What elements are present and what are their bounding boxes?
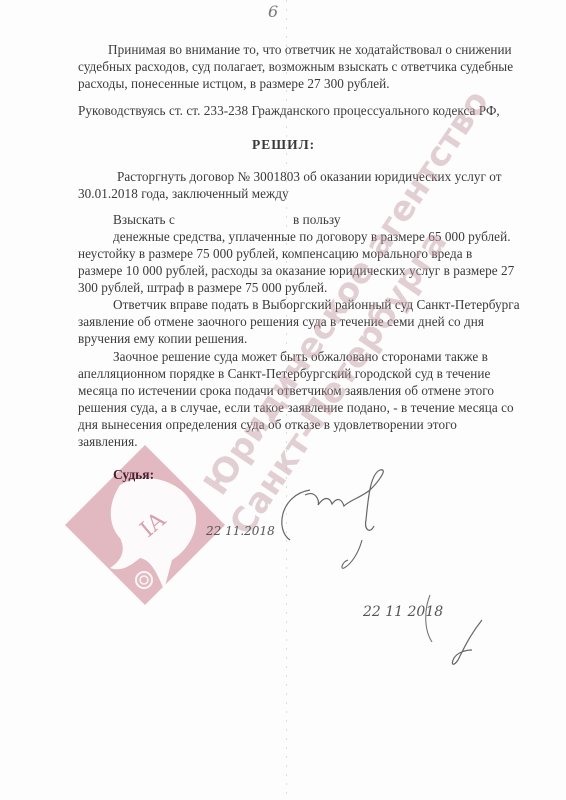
paragraph-cancel-line-3: вручения ему копии решения. <box>78 330 247 347</box>
decision-heading: РЕШИЛ: <box>252 137 315 153</box>
paragraph-costs-line-1: Принимая во внимание то, что ответчик не… <box>108 41 512 58</box>
page-number-mark: 6 <box>268 2 278 21</box>
certification-signature <box>420 590 500 670</box>
paragraph-terminate-line-1: Расторгнуть договор № 3001803 об оказани… <box>117 168 502 185</box>
handwritten-date-1: 22 11.2018 <box>206 524 275 538</box>
paragraph-appeal-line-5: дня вынесения определения суда об отказе… <box>78 416 457 433</box>
paragraph-costs-line-3: расходы, понесенные истцом, в размере 27… <box>78 75 390 92</box>
paragraph-appeal-line-3: месяца по истечении срока подачи ответчи… <box>78 382 494 399</box>
paragraph-appeal-line-2: апелляционном порядке в Санкт-Петербургс… <box>78 365 490 382</box>
paragraph-recover-line-4: размере 10 000 рублей, расходы за оказан… <box>78 262 514 279</box>
document-page: 6 Принимая во внимание то, что ответчик … <box>0 0 566 800</box>
paragraph-legal-basis: Руководствуясь ст. ст. 233-238 Гражданск… <box>78 102 500 119</box>
judge-label: Судья: <box>113 467 154 483</box>
handwritten-date-2: 22 11 2018 <box>363 604 443 620</box>
paragraph-recover-line-3: неустойку в размере 75 000 рублей, компе… <box>78 245 472 262</box>
paragraph-terminate-line-2: 30.01.2018 года, заключенный между <box>78 185 289 202</box>
paragraph-costs-line-2: судебных расходов, суд полагает, возможн… <box>78 58 513 75</box>
paragraph-recover-line-5: 300 рублей, штраф в размере 75 000 рубле… <box>78 279 327 296</box>
paragraph-recover-line-2: денежные средства, уплаченные по договор… <box>113 228 511 245</box>
agency-logo-watermark: IA <box>60 440 230 610</box>
paragraph-appeal-line-4: решения суда, а в случае, если такое зая… <box>78 399 514 416</box>
judge-signature <box>270 460 430 580</box>
paragraph-appeal-line-1: Заочное решение суда может быть обжалова… <box>113 348 488 365</box>
paragraph-recover-line-1a: Взыскать с <box>113 211 175 228</box>
paragraph-recover-line-1b: в пользу <box>293 211 341 228</box>
paragraph-cancel-line-2: заявление об отмене заочного решения суд… <box>78 313 484 330</box>
paragraph-cancel-line-1: Ответчик вправе подать в Выборгский райо… <box>113 296 520 313</box>
